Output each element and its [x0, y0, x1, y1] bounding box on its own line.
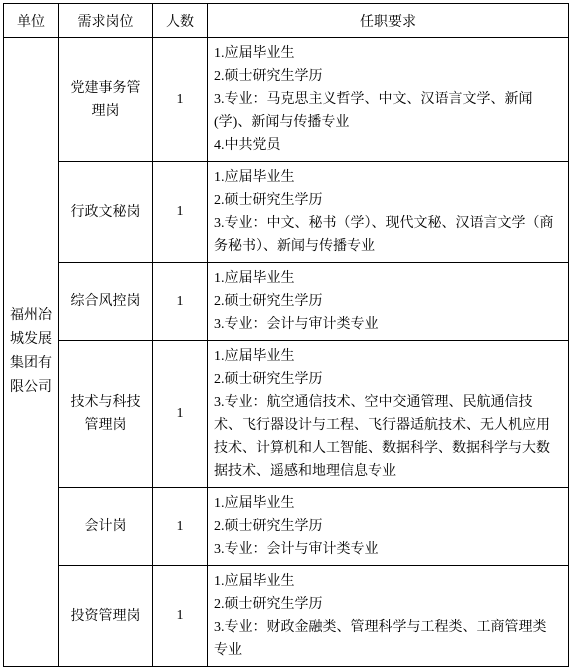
requirements-cell: 1.应届毕业生 2.硕士研究生学历 3.专业：财政金融类、管理科学与工程类、工商… [208, 566, 569, 667]
requirement-line: 2.硕士研究生学历 [214, 593, 560, 616]
table-row: 会计岗 1 1.应届毕业生 2.硕士研究生学历 3.专业：会计与审计类专业 [4, 488, 569, 566]
requirement-line: 3.专业：财政金融类、管理科学与工程类、工商管理类专业 [214, 616, 560, 662]
recruitment-table: 单位 需求岗位 人数 任职要求 福州冶城发展集团有限公司 党建事务管理岗 1 1… [3, 3, 569, 667]
requirement-line: 2.硕士研究生学历 [214, 515, 560, 538]
requirements-cell: 1.应届毕业生 2.硕士研究生学历 3.专业：中文、秘书（学）、现代文秘、汉语言… [208, 162, 569, 263]
requirement-line: 2.硕士研究生学历 [214, 65, 560, 88]
count-cell: 1 [153, 341, 208, 488]
requirement-line: 1.应届毕业生 [214, 345, 560, 368]
requirement-line: 3.专业：中文、秘书（学）、现代文秘、汉语言文学（商务秘书）、新闻与传播专业 [214, 212, 560, 258]
requirements-cell: 1.应届毕业生 2.硕士研究生学历 3.专业：航空通信技术、空中交通管理、民航通… [208, 341, 569, 488]
position-cell: 行政文秘岗 [59, 162, 153, 263]
header-requirements: 任职要求 [208, 4, 569, 38]
header-row: 单位 需求岗位 人数 任职要求 [4, 4, 569, 38]
requirement-line: 1.应届毕业生 [214, 42, 560, 65]
position-cell: 综合风控岗 [59, 263, 153, 341]
table-row: 综合风控岗 1 1.应届毕业生 2.硕士研究生学历 3.专业：会计与审计类专业 [4, 263, 569, 341]
count-cell: 1 [153, 162, 208, 263]
requirement-line: 4.中共党员 [214, 134, 560, 157]
table-row: 技术与科技管理岗 1 1.应届毕业生 2.硕士研究生学历 3.专业：航空通信技术… [4, 341, 569, 488]
requirement-line: 3.专业：会计与审计类专业 [214, 313, 560, 336]
requirement-line: 2.硕士研究生学历 [214, 290, 560, 313]
company-name-cell: 福州冶城发展集团有限公司 [4, 38, 59, 667]
header-position: 需求岗位 [59, 4, 153, 38]
requirement-line: 3.专业：航空通信技术、空中交通管理、民航通信技术、飞行器设计与工程、飞行器适航… [214, 391, 560, 483]
requirements-cell: 1.应届毕业生 2.硕士研究生学历 3.专业：马克思主义哲学、中文、汉语言文学、… [208, 38, 569, 162]
header-unit: 单位 [4, 4, 59, 38]
requirement-line: 3.专业：会计与审计类专业 [214, 538, 560, 561]
requirement-line: 1.应届毕业生 [214, 570, 560, 593]
position-cell: 会计岗 [59, 488, 153, 566]
requirement-line: 1.应届毕业生 [214, 267, 560, 290]
position-cell: 投资管理岗 [59, 566, 153, 667]
position-cell: 党建事务管理岗 [59, 38, 153, 162]
header-count: 人数 [153, 4, 208, 38]
table-row: 福州冶城发展集团有限公司 党建事务管理岗 1 1.应届毕业生 2.硕士研究生学历… [4, 38, 569, 162]
requirement-line: 1.应届毕业生 [214, 166, 560, 189]
page: 单位 需求岗位 人数 任职要求 福州冶城发展集团有限公司 党建事务管理岗 1 1… [0, 0, 574, 629]
requirements-cell: 1.应届毕业生 2.硕士研究生学历 3.专业：会计与审计类专业 [208, 263, 569, 341]
requirements-cell: 1.应届毕业生 2.硕士研究生学历 3.专业：会计与审计类专业 [208, 488, 569, 566]
table-row: 行政文秘岗 1 1.应届毕业生 2.硕士研究生学历 3.专业：中文、秘书（学）、… [4, 162, 569, 263]
requirement-line: 3.专业：马克思主义哲学、中文、汉语言文学、新闻(学)、新闻与传播专业 [214, 88, 560, 134]
position-cell: 技术与科技管理岗 [59, 341, 153, 488]
requirement-line: 2.硕士研究生学历 [214, 368, 560, 391]
requirement-line: 2.硕士研究生学历 [214, 189, 560, 212]
count-cell: 1 [153, 263, 208, 341]
requirement-line: 1.应届毕业生 [214, 492, 560, 515]
count-cell: 1 [153, 38, 208, 162]
count-cell: 1 [153, 488, 208, 566]
count-cell: 1 [153, 566, 208, 667]
table-row: 投资管理岗 1 1.应届毕业生 2.硕士研究生学历 3.专业：财政金融类、管理科… [4, 566, 569, 667]
